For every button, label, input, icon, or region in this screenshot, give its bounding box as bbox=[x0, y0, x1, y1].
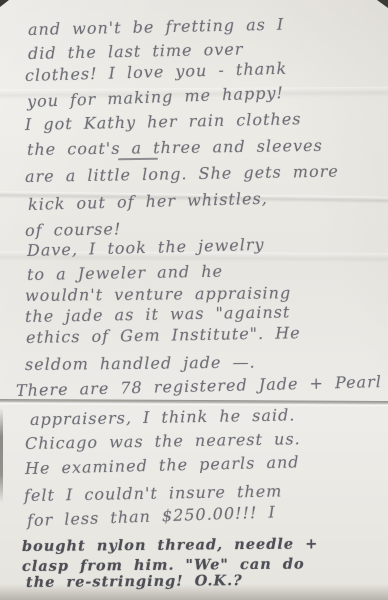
scan-corner-top-left-mark bbox=[0, 0, 9, 7]
letter-line-19: He examined the pearls and bbox=[25, 452, 300, 478]
letter-line-20: felt I couldn't insure them bbox=[24, 481, 283, 505]
scan-corner-top-right-mark bbox=[377, 0, 388, 8]
letter-line-18: Chicago was the nearest us. bbox=[25, 429, 301, 453]
letter-line-21: for less than $250.00!!! I bbox=[27, 502, 276, 530]
letter-line-7: are a little long. She gets more bbox=[25, 162, 339, 186]
letter-line-15: seldom handled jade —. bbox=[25, 353, 256, 374]
letter-line-22: bought nylon thread, needle + bbox=[22, 535, 318, 555]
fold-crease-middle bbox=[0, 399, 388, 407]
letter-line-24: the re-stringing! O.K.? bbox=[26, 572, 243, 591]
letter-line-1: and won't be fretting as I bbox=[28, 15, 285, 39]
letter-line-2: did the last time over bbox=[28, 39, 244, 63]
letter-line-4: you for making me happy! bbox=[27, 83, 285, 111]
letter-line-11: to a Jeweler and he bbox=[27, 262, 223, 284]
letter-line-9: of course! bbox=[25, 219, 122, 240]
letter-line-16: There are 78 registered Jade + Pearl bbox=[16, 372, 382, 400]
letter-line-14: ethics of Gem Institute". He bbox=[26, 323, 301, 347]
letter-line-6: the coat's a three and sleeves bbox=[27, 136, 323, 159]
scan-edge-left-mark bbox=[0, 408, 3, 503]
letter-line-5: I got Kathy her rain clothes bbox=[25, 109, 302, 134]
letter-page: and won't be fretting as I did the last … bbox=[0, 0, 388, 600]
letter-line-13: the jade as it was "against bbox=[25, 302, 291, 326]
underline-three-mark bbox=[118, 158, 158, 161]
letter-line-3: clothes! I love you - thank bbox=[25, 59, 288, 85]
letter-line-17: appraisers, I think he said. bbox=[30, 405, 296, 429]
letter-line-12: wouldn't venture appraising bbox=[25, 283, 291, 305]
